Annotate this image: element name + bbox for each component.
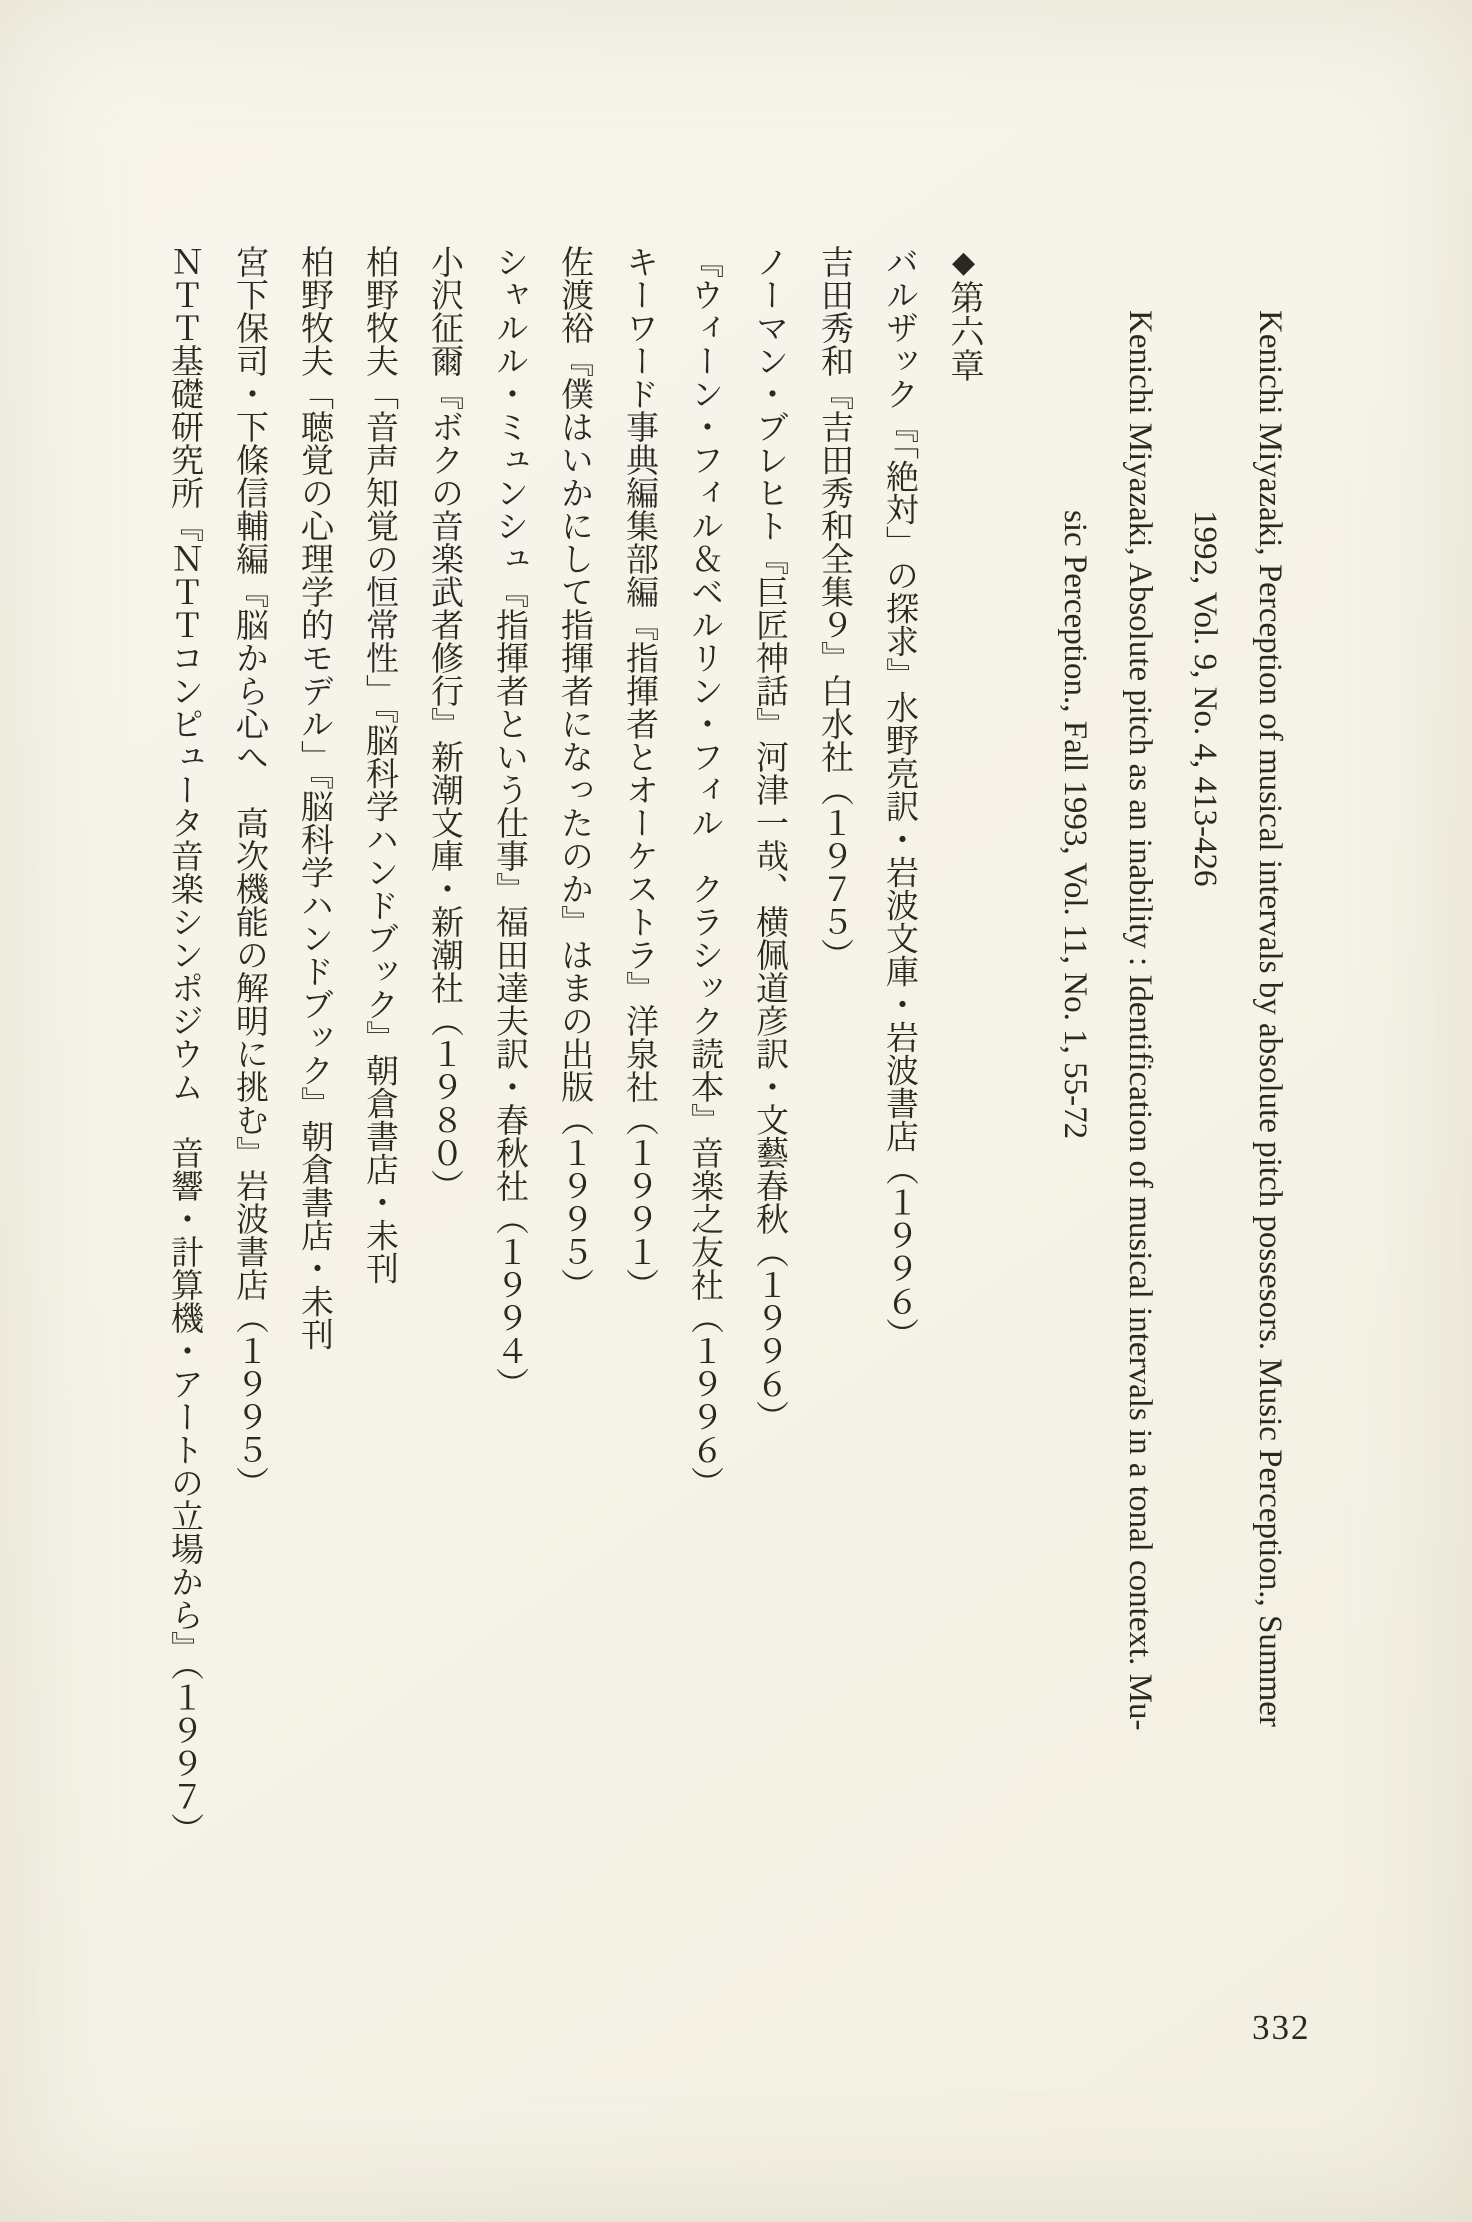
- reference-entry-japanese-6: 佐渡裕『僕はいかにして指揮者になったのか』はまの出版（１９９５）: [541, 245, 606, 2030]
- reference-entry-japanese-10: 柏野牧夫「聴覚の心理学的モデル」『脳科学ハンドブック』朝倉書店・未刊: [281, 245, 346, 2030]
- reference-line-english-4: sic Perception., Fall 1993, Vol. 11, No.…: [1042, 245, 1107, 2030]
- reference-line-english-1: Kenichi Miyazaki, Perception of musical …: [1237, 245, 1302, 2030]
- chapter-heading: ◆第六章: [931, 245, 996, 2030]
- reference-entry-japanese-9: 柏野牧夫「音声知覚の恒常性」『脳科学ハンドブック』朝倉書店・未刊: [346, 245, 411, 2030]
- reference-line-english-2: 1992, Vol. 9, No. 4, 413-426: [1172, 245, 1237, 2030]
- reference-entry-japanese-11: 宮下保司・下條信輔編『脳から心へ 高次機能の解明に挑む』岩波書店（１９９５）: [216, 245, 281, 2030]
- reference-entry-japanese-12: ＮＴＴ基礎研究所『ＮＴＴコンピュータ音楽シンポジウム 音響・計算機・アートの立場…: [151, 245, 216, 2030]
- reference-entry-japanese-4: 『ウィーン・フィル＆ベルリン・フィル クラシック読本』音楽之友社（１９９６）: [671, 245, 736, 2030]
- reference-line-english-3: Kenichi Miyazaki, Absolute pitch as an i…: [1107, 245, 1172, 2030]
- reference-list: Kenichi Miyazaki, Perception of musical …: [151, 245, 1302, 2030]
- book-page: Kenichi Miyazaki, Perception of musical …: [0, 0, 1472, 2222]
- page-number: 332: [1252, 2008, 1311, 2048]
- reference-entry-japanese-3: ノーマン・ブレヒト『巨匠神話』河津一哉、横佩道彦訳・文藝春秋（１９９６）: [736, 245, 801, 2030]
- diamond-icon: ◆: [947, 245, 980, 280]
- reference-entry-japanese-7: シャルル・ミュンシュ『指揮者という仕事』福田達夫訳・春秋社（１９９４）: [476, 245, 541, 2030]
- chapter-heading-label: 第六章: [945, 280, 982, 382]
- reference-entry-japanese-5: キーワード事典編集部編『指揮者とオーケストラ』洋泉社（１９９１）: [606, 245, 671, 2030]
- reference-entry-japanese-1: バルザック『「絶対」の探求』水野亮訳・岩波文庫・岩波書店（１９９６）: [866, 245, 931, 2030]
- reference-entry-japanese-2: 吉田秀和『吉田秀和全集９』白水社（１９７５）: [801, 245, 866, 2030]
- reference-entry-japanese-8: 小沢征爾『ボクの音楽武者修行』新潮文庫・新潮社（１９８０）: [411, 245, 476, 2030]
